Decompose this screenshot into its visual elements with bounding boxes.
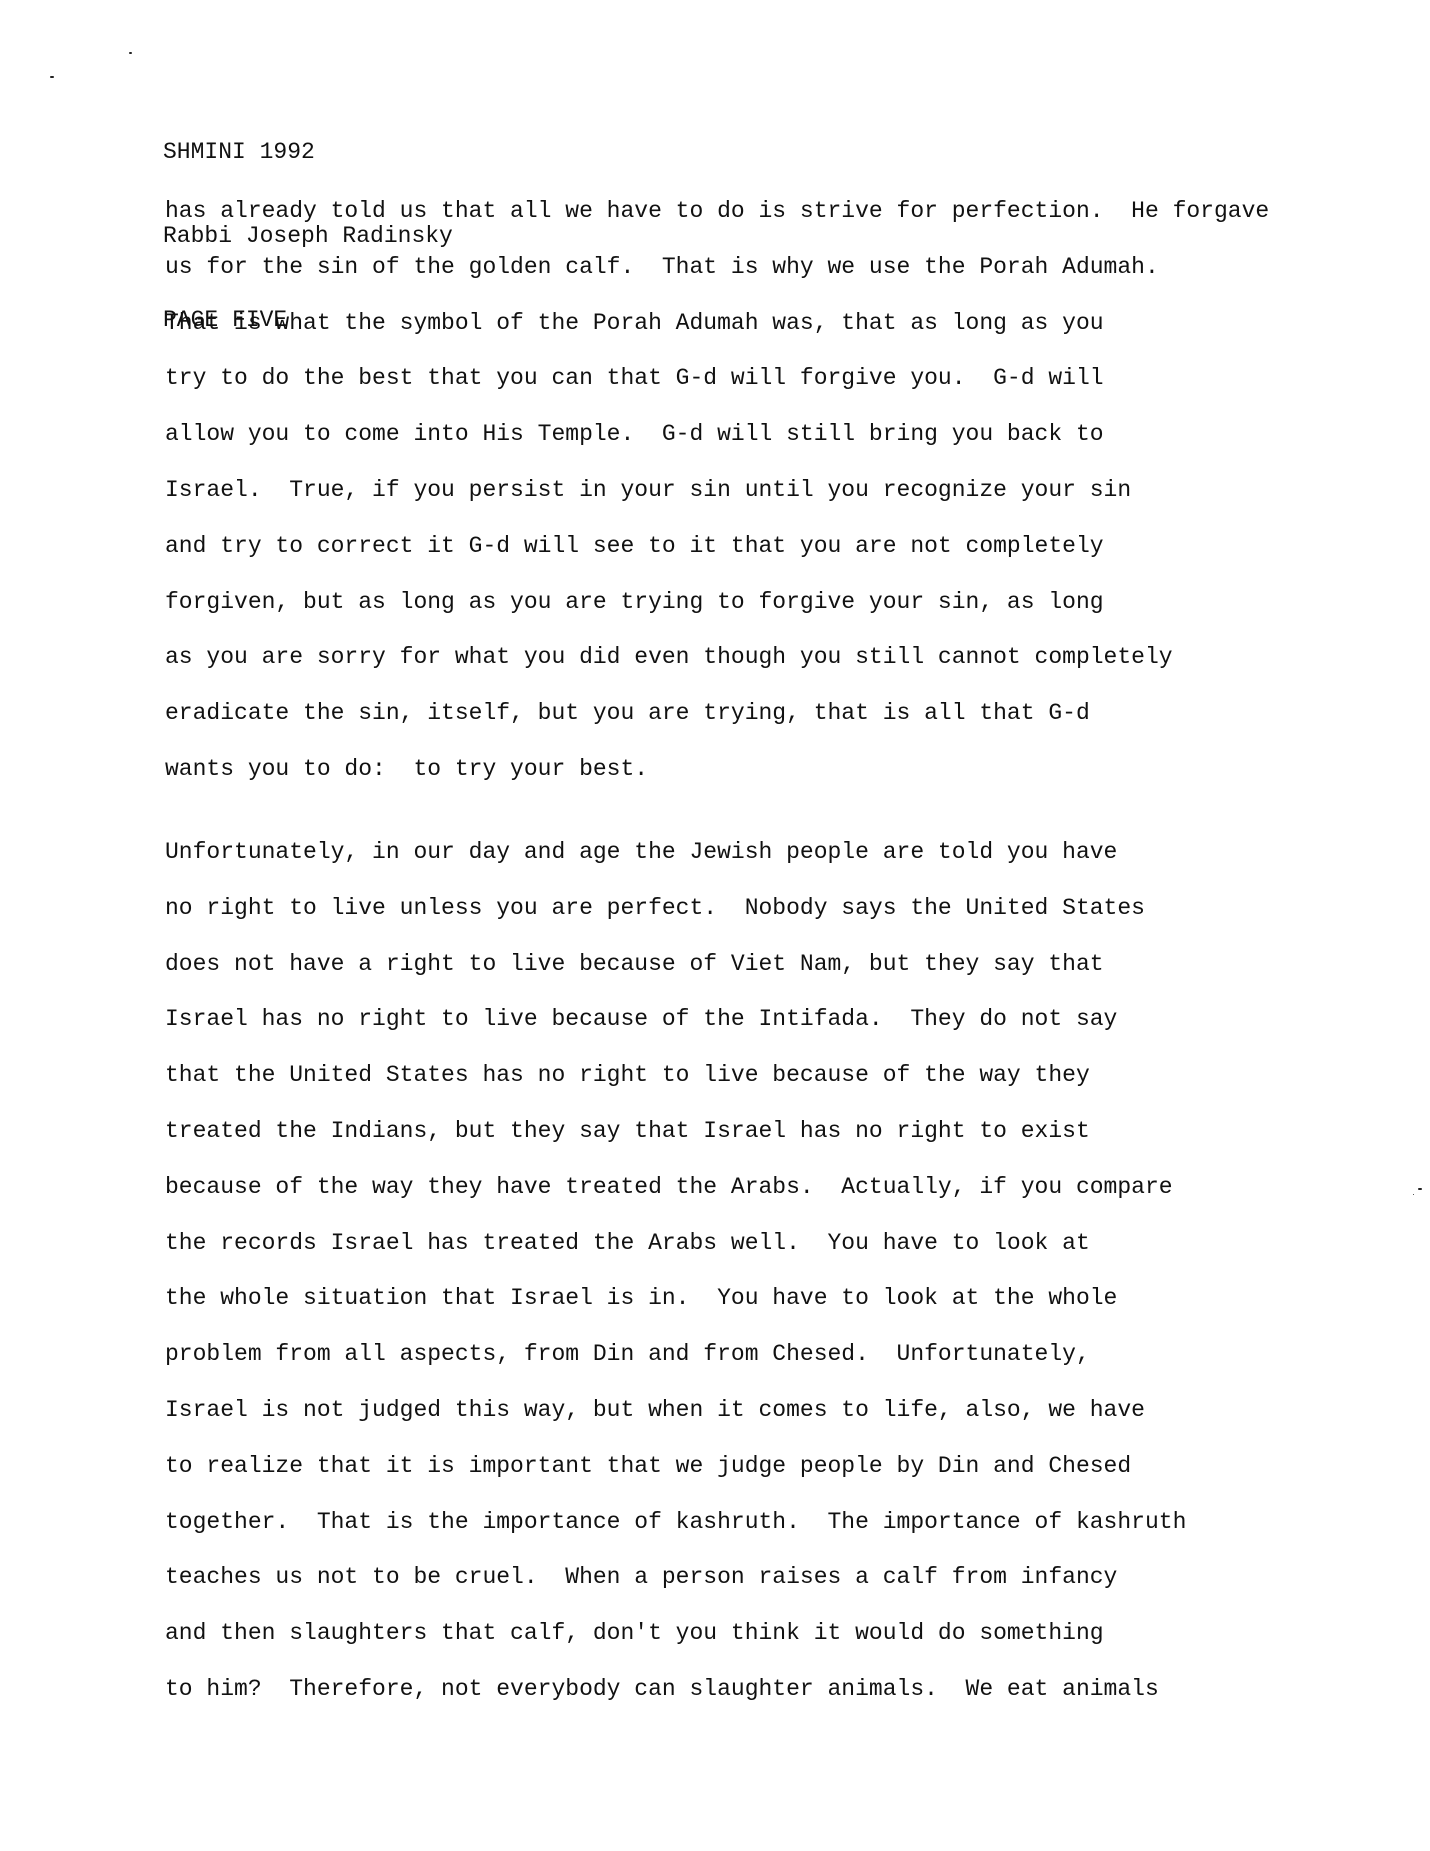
scan-speck <box>1413 1194 1414 1195</box>
text-line: us for the sin of the golden calf. That … <box>165 253 1159 281</box>
document-header: SHMINI 1992 Rabbi Joseph Radinsky PAGE F… <box>163 82 453 390</box>
document-title: SHMINI 1992 <box>163 138 453 166</box>
text-line: together. That is the importance of kash… <box>165 1508 1186 1536</box>
text-line: try to do the best that you can that G-d… <box>165 364 1104 392</box>
scan-speck <box>1418 1188 1422 1190</box>
text-line: has already told us that all we have to … <box>165 197 1269 225</box>
text-line: Israel has no right to live because of t… <box>165 1005 1117 1033</box>
text-line: teaches us not to be cruel. When a perso… <box>165 1563 1117 1591</box>
text-line: and try to correct it G-d will see to it… <box>165 532 1104 560</box>
text-line: That is what the symbol of the Porah Adu… <box>165 309 1104 337</box>
text-line: because of the way they have treated the… <box>165 1173 1173 1201</box>
document-author: Rabbi Joseph Radinsky <box>163 222 453 250</box>
text-line: to him? Therefore, not everybody can sla… <box>165 1675 1159 1703</box>
text-line: to realize that it is important that we … <box>165 1452 1131 1480</box>
text-line: that the United States has no right to l… <box>165 1061 1090 1089</box>
document-page: SHMINI 1992 Rabbi Joseph Radinsky PAGE F… <box>0 0 1430 1851</box>
text-line: allow you to come into His Temple. G-d w… <box>165 420 1104 448</box>
scan-speck <box>50 76 54 78</box>
text-line: the records Israel has treated the Arabs… <box>165 1229 1090 1257</box>
text-line: problem from all aspects, from Din and f… <box>165 1340 1090 1368</box>
text-line: the whole situation that Israel is in. Y… <box>165 1284 1117 1312</box>
text-line: forgiven, but as long as you are trying … <box>165 588 1104 616</box>
text-line: treated the Indians, but they say that I… <box>165 1117 1090 1145</box>
text-line: no right to live unless you are perfect.… <box>165 894 1145 922</box>
scan-speck <box>129 52 132 54</box>
text-line: wants you to do: to try your best. <box>165 755 648 783</box>
text-line: Unfortunately, in our day and age the Je… <box>165 838 1117 866</box>
text-line: Israel is not judged this way, but when … <box>165 1396 1145 1424</box>
text-line: eradicate the sin, itself, but you are t… <box>165 699 1090 727</box>
text-line: does not have a right to live because of… <box>165 950 1104 978</box>
text-line: as you are sorry for what you did even t… <box>165 643 1173 671</box>
text-line: Israel. True, if you persist in your sin… <box>165 476 1131 504</box>
text-line: and then slaughters that calf, don't you… <box>165 1619 1104 1647</box>
